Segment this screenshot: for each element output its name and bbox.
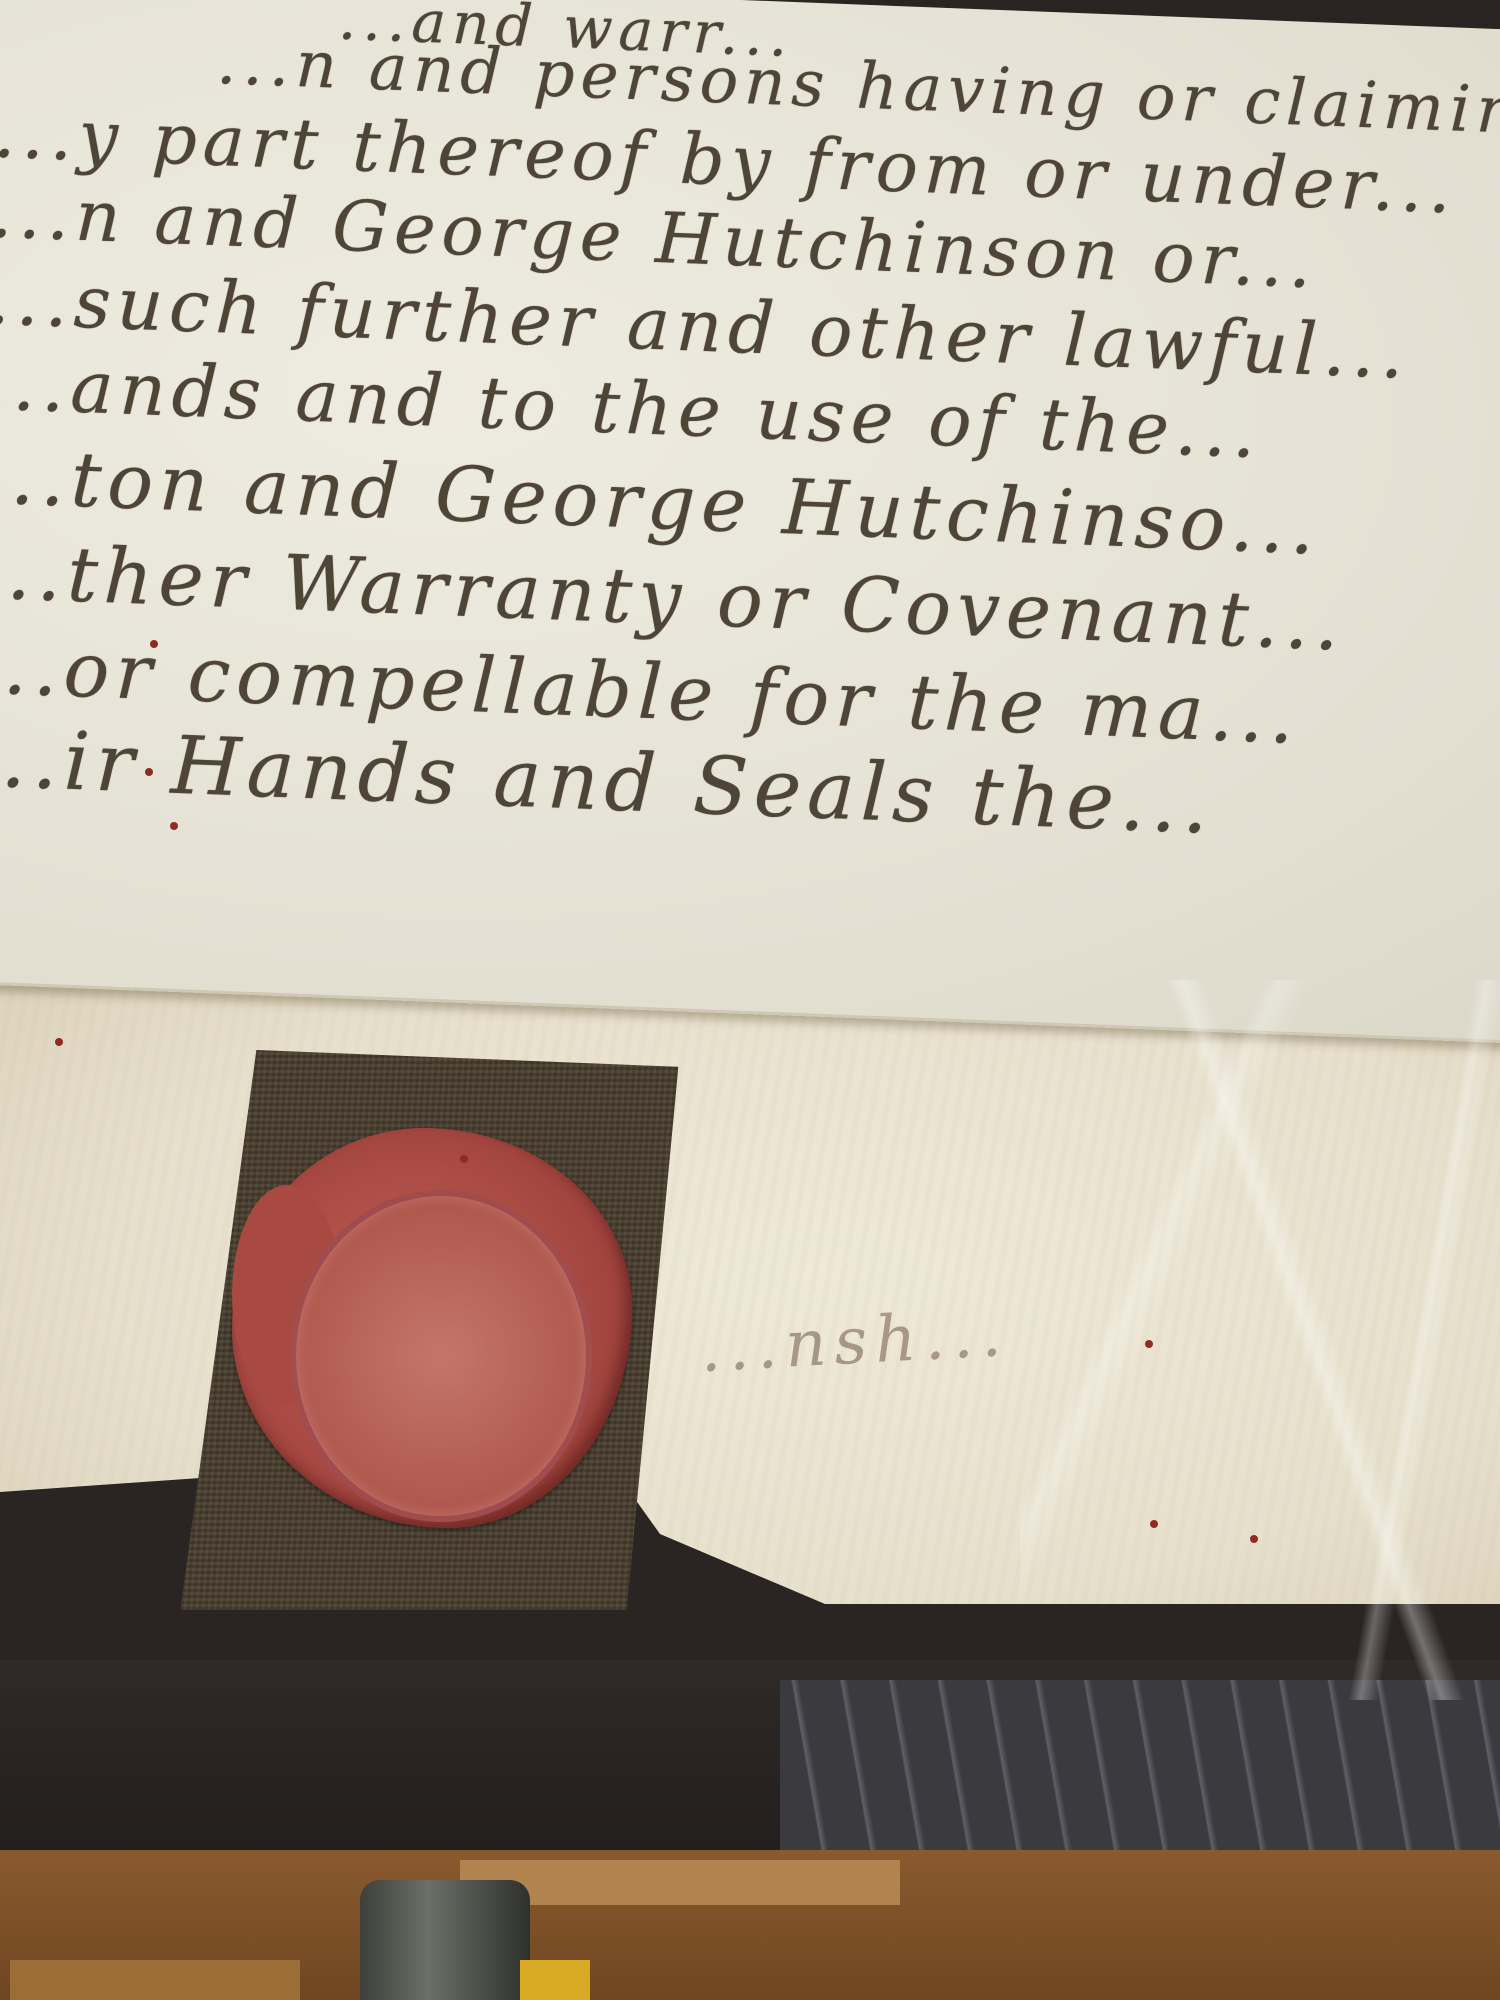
wax-speck bbox=[1150, 1520, 1158, 1528]
wax-speck bbox=[150, 640, 158, 648]
yellow-object bbox=[520, 1960, 590, 2000]
vellum-text-sheet: ...and warr... ...n and persons having o… bbox=[0, 0, 1500, 1044]
wax-speck bbox=[170, 822, 178, 830]
wax-speck bbox=[460, 1155, 468, 1163]
wax-speck bbox=[55, 1038, 63, 1046]
plastic-sleeve-over-board bbox=[780, 1680, 1500, 1850]
background-object bbox=[360, 1880, 530, 2000]
wax-speck bbox=[1250, 1535, 1258, 1543]
document-photo: ...and warr... ...n and persons having o… bbox=[0, 0, 1500, 2000]
wax-speck bbox=[1145, 1340, 1153, 1348]
wax-speck bbox=[145, 768, 153, 776]
wax-seal-impression bbox=[290, 1190, 592, 1522]
cardboard-box bbox=[10, 1960, 300, 2000]
